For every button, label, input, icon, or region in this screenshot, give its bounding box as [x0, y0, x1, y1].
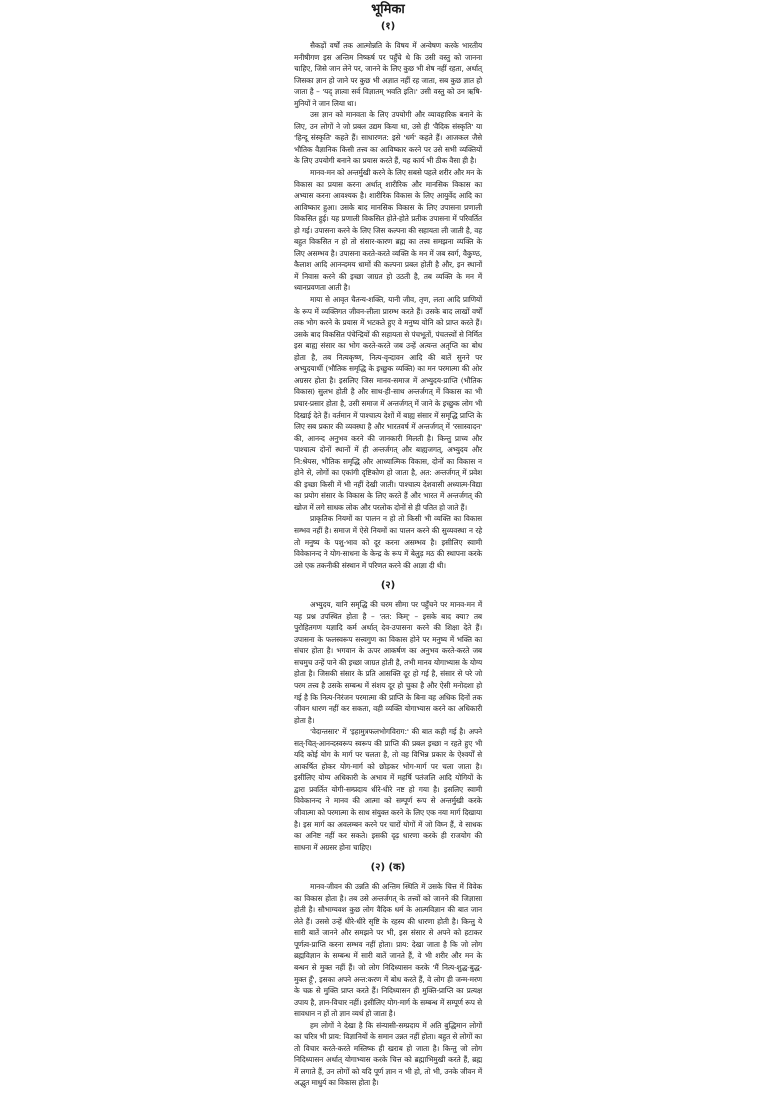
- paragraph: अभ्युदय, यानि समृद्धि की चरम सीमा पर पहु…: [294, 599, 482, 726]
- paragraph: मानव-जीवन की उन्नति की अन्तिम स्थिति में…: [294, 881, 482, 1020]
- paragraph: सैकड़ों वर्षों तक आत्मोन्नति के विषय में…: [294, 40, 482, 109]
- paragraph: प्राकृतिक नियमों का पालन न हो तो किसी भी…: [294, 513, 482, 571]
- book-page: भूमिका (१) सैकड़ों वर्षों तक आत्मोन्नति …: [294, 0, 482, 1089]
- paragraph: 'वेदान्तसार' में 'इहामुत्रफलभोगविराग:' क…: [294, 726, 482, 853]
- section-number-2a: (२) (क): [294, 861, 482, 875]
- section-number-1: (१): [294, 20, 482, 34]
- paragraph: माया से आवृत चैतन्य-शक्ति, यानी जीव, तृण…: [294, 294, 482, 513]
- paragraph: हम लोगों ने देखा है कि संन्यासी-सम्प्रदा…: [294, 1020, 482, 1089]
- paragraph: मानव-मन को अन्तर्मुखी करने के लिए सबसे प…: [294, 167, 482, 294]
- page-title: भूमिका: [294, 2, 482, 18]
- section-number-2: (२): [294, 579, 482, 593]
- paragraph: उस ज्ञान को मानवता के लिए उपयोगी और व्या…: [294, 109, 482, 167]
